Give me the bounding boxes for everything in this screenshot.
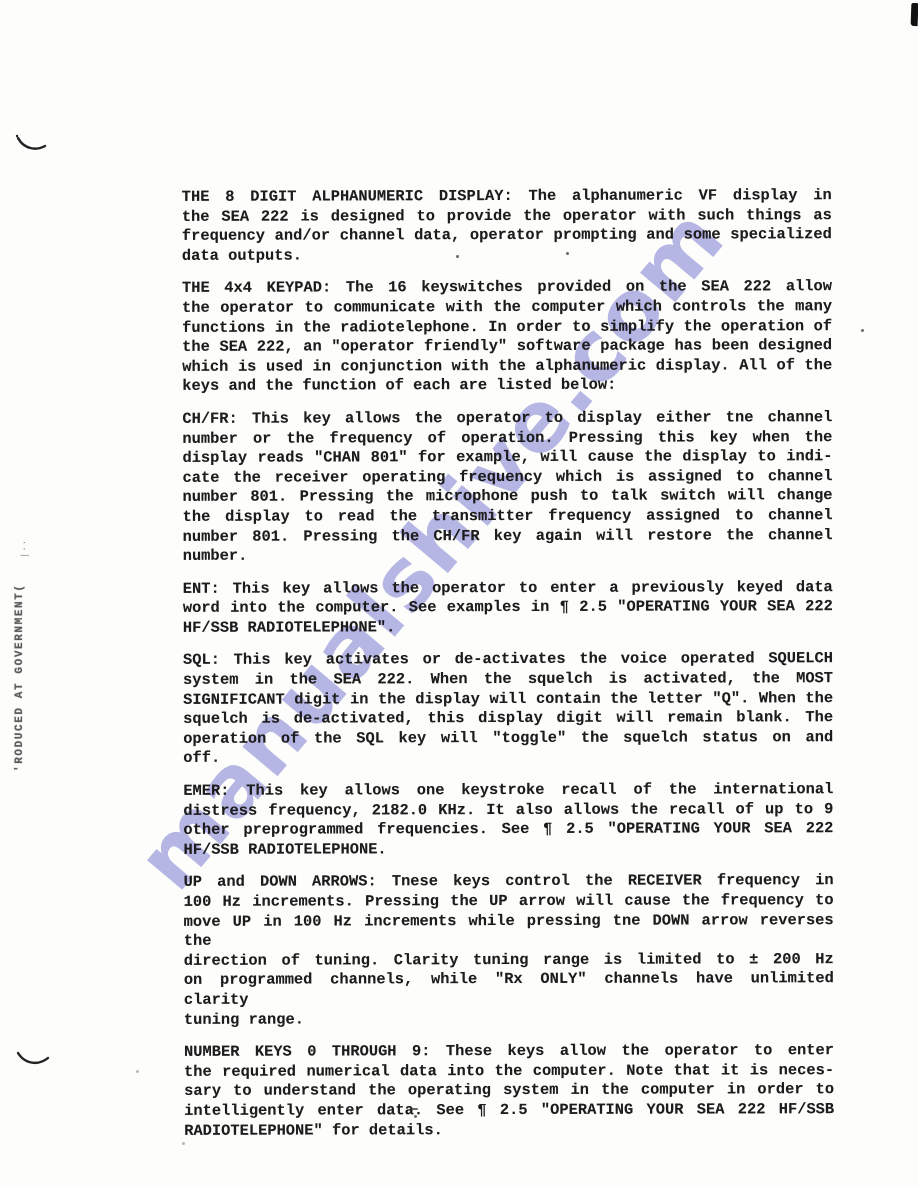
text-line: frequency and/or channel data, operator …	[182, 225, 832, 246]
scan-speck	[410, 1108, 418, 1110]
text-line: keys and the function of each are listed…	[182, 375, 832, 396]
text-line: UP and DOWN ARROWS: Tnese keys control t…	[184, 872, 834, 893]
text-line: number or the frequency of operation. Pr…	[182, 428, 832, 449]
handwritten-swoosh-top	[12, 128, 56, 158]
text-line: intelligently enter data. See ¶ 2.5 "OPE…	[184, 1100, 834, 1121]
text-line: the operator to communicate with the com…	[182, 297, 832, 318]
text-line: operation of the SQL key will "toggle" t…	[183, 728, 833, 749]
text-line: move UP in 100 Hz increments while press…	[184, 911, 834, 952]
text-line: distress frequency, 2182.0 KHz. It also …	[183, 800, 833, 821]
text-line: which is used in conjunction with the al…	[182, 356, 832, 377]
text-line: SIGNIFICANT digit in the display will co…	[183, 689, 833, 710]
text-line: tuning range.	[184, 1009, 834, 1030]
text-line: number 801. Pressing the CH/FR key again…	[183, 526, 833, 547]
paragraph: SQL: This key activates or de-activates …	[183, 650, 833, 769]
text-line: sary to understand the operating system …	[184, 1080, 834, 1101]
scan-speck	[136, 1070, 139, 1073]
scan-speck	[861, 329, 864, 332]
text-line: HF/SSB RADIOTELEPHONE".	[183, 617, 833, 638]
scan-speck	[456, 255, 459, 258]
text-line: on programmed channels, while "Rx ONLY" …	[184, 970, 834, 1011]
text-line: number.	[183, 545, 833, 566]
text-line: EMER: This key allows one keystroke reca…	[183, 780, 833, 801]
paragraph: EMER: This key allows one keystroke reca…	[183, 780, 833, 860]
text-line: data outputs.	[182, 245, 832, 266]
handwritten-swoosh-bottom	[12, 1042, 56, 1072]
text-line: 100 Hz increments. Pressing the UP arrow…	[184, 891, 834, 912]
paragraph: THE 8 DIGIT ALPHANUMERIC DISPLAY: The al…	[182, 186, 832, 266]
text-line: squelch is de-activated, this display di…	[183, 708, 833, 729]
text-line: other preprogrammed frequencies. See ¶ 2…	[183, 819, 833, 840]
text-line: off.	[183, 748, 833, 769]
text-line: SQL: This key activates or de-activates …	[183, 650, 833, 671]
paragraph: ENT: This key allows the operator to ent…	[183, 578, 833, 638]
scan-speck	[414, 1115, 417, 1118]
paragraph: THE 4x4 KEYPAD: The 16 keyswitches provi…	[182, 278, 832, 397]
text-line: word into the computer. See examples in …	[183, 597, 833, 618]
text-line: CH/FR: This key allows the operator to d…	[182, 408, 832, 429]
scan-speck	[566, 252, 569, 255]
scan-corner-mark	[911, 3, 918, 26]
text-line: direction of tuning. Clarity tuning rang…	[184, 950, 834, 971]
text-line: the display to read the transmitter freq…	[183, 506, 833, 527]
margin-vertical-note: 'RODUCED AT GOVERNMENT(	[14, 583, 26, 772]
text-line: the SEA 222 is designed to provide the o…	[182, 206, 832, 227]
scanned-manual-page: manualshive.com 'RODUCED AT GOVERNMENT( …	[0, 0, 918, 1188]
text-line: the SEA 222, an "operator friendly" soft…	[182, 336, 832, 357]
text-line: THE 8 DIGIT ALPHANUMERIC DISPLAY: The al…	[182, 186, 832, 207]
paragraph: UP and DOWN ARROWS: Tnese keys control t…	[184, 872, 834, 1030]
text-line: RADIOTELEPHONE" for details.	[184, 1120, 834, 1141]
text-line: the required numerical data into the com…	[184, 1061, 834, 1082]
text-line: functions in the radiotelephone. In orde…	[182, 317, 832, 338]
text-line: cate the receiver operating frequency wh…	[182, 467, 832, 488]
text-line: display reads "CHAN 801" for example, wi…	[182, 447, 832, 468]
paragraph: NUMBER KEYS 0 THROUGH 9: These keys allo…	[184, 1041, 834, 1141]
paragraph: CH/FR: This key allows the operator to d…	[182, 408, 832, 566]
text-line: ENT: This key allows the operator to ent…	[183, 578, 833, 599]
margin-vertical-note-small: |··	[20, 539, 30, 558]
text-line: NUMBER KEYS 0 THROUGH 9: These keys allo…	[184, 1041, 834, 1062]
document-text: THE 8 DIGIT ALPHANUMERIC DISPLAY: The al…	[182, 186, 835, 1154]
text-line: THE 4x4 KEYPAD: The 16 keyswitches provi…	[182, 278, 832, 299]
text-line: system in the SEA 222. When the squelch …	[183, 669, 833, 690]
scan-speck	[182, 1142, 185, 1145]
text-line: number 801. Pressing the microphone push…	[183, 486, 833, 507]
text-line: HF/SSB RADIOTELEPHONE.	[183, 839, 833, 860]
